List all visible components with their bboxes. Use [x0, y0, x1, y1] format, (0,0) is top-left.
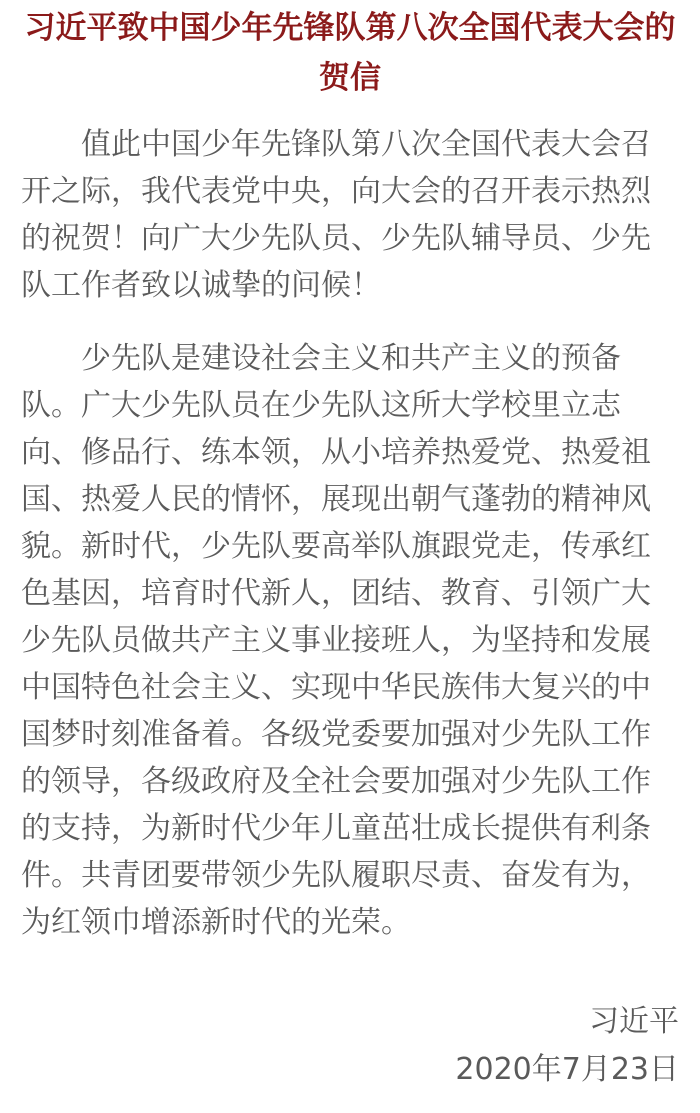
signature-date: 2020年7月23日: [455, 1048, 679, 1092]
letter-title: 习近平致中国少年先锋队第八次全国代表大会的 贺信: [0, 0, 700, 103]
signature-name: 习近平: [589, 1000, 679, 1044]
text-line: 的祝贺！向广大少先队员、少先队辅导员、少先: [21, 215, 681, 262]
text-line: 向、修品行、练本领，从小培养热爱党、热爱祖: [21, 429, 681, 476]
text-line: 少先队员做共产主义事业接班人，为坚持和发展: [21, 617, 681, 664]
text-line: 国、热爱人民的情怀，展现出朝气蓬勃的精神风: [21, 476, 681, 523]
text-line: 件。共青团要带领少先队履职尽责、奋发有为，: [21, 852, 681, 899]
text-line: 的支持，为新时代少年儿童茁壮成长提供有利条: [21, 805, 681, 852]
text-line: 队工作者致以诚挚的问候！: [21, 262, 681, 309]
text-line: 的领导，各级政府及全社会要加强对少先队工作: [21, 758, 681, 805]
text-line: 色基因，培育时代新人，团结、教育、引领广大: [21, 570, 681, 617]
text-line: 值此中国少年先锋队第八次全国代表大会召: [21, 121, 681, 168]
text-line: 队。广大少先队员在少先队这所大学校里立志: [21, 382, 681, 429]
paragraph-1: 值此中国少年先锋队第八次全国代表大会召 开之际，我代表党中央，向大会的召开表示热…: [21, 121, 681, 309]
text-line: 貌。新时代，少先队要高举队旗跟党走，传承红: [21, 523, 681, 570]
paragraph-2: 少先队是建设社会主义和共产主义的预备 队。广大少先队员在少先队这所大学校里立志 …: [21, 335, 681, 946]
text-line: 国梦时刻准备着。各级党委要加强对少先队工作: [21, 711, 681, 758]
text-line: 少先队是建设社会主义和共产主义的预备: [21, 335, 681, 382]
title-line-2: 贺信: [0, 53, 700, 103]
text-line: 中国特色社会主义、实现中华民族伟大复兴的中: [21, 664, 681, 711]
text-line: 为红领巾增添新时代的光荣。: [21, 899, 681, 946]
title-line-1: 习近平致中国少年先锋队第八次全国代表大会的: [0, 3, 700, 53]
text-line: 开之际，我代表党中央，向大会的召开表示热烈: [21, 168, 681, 215]
